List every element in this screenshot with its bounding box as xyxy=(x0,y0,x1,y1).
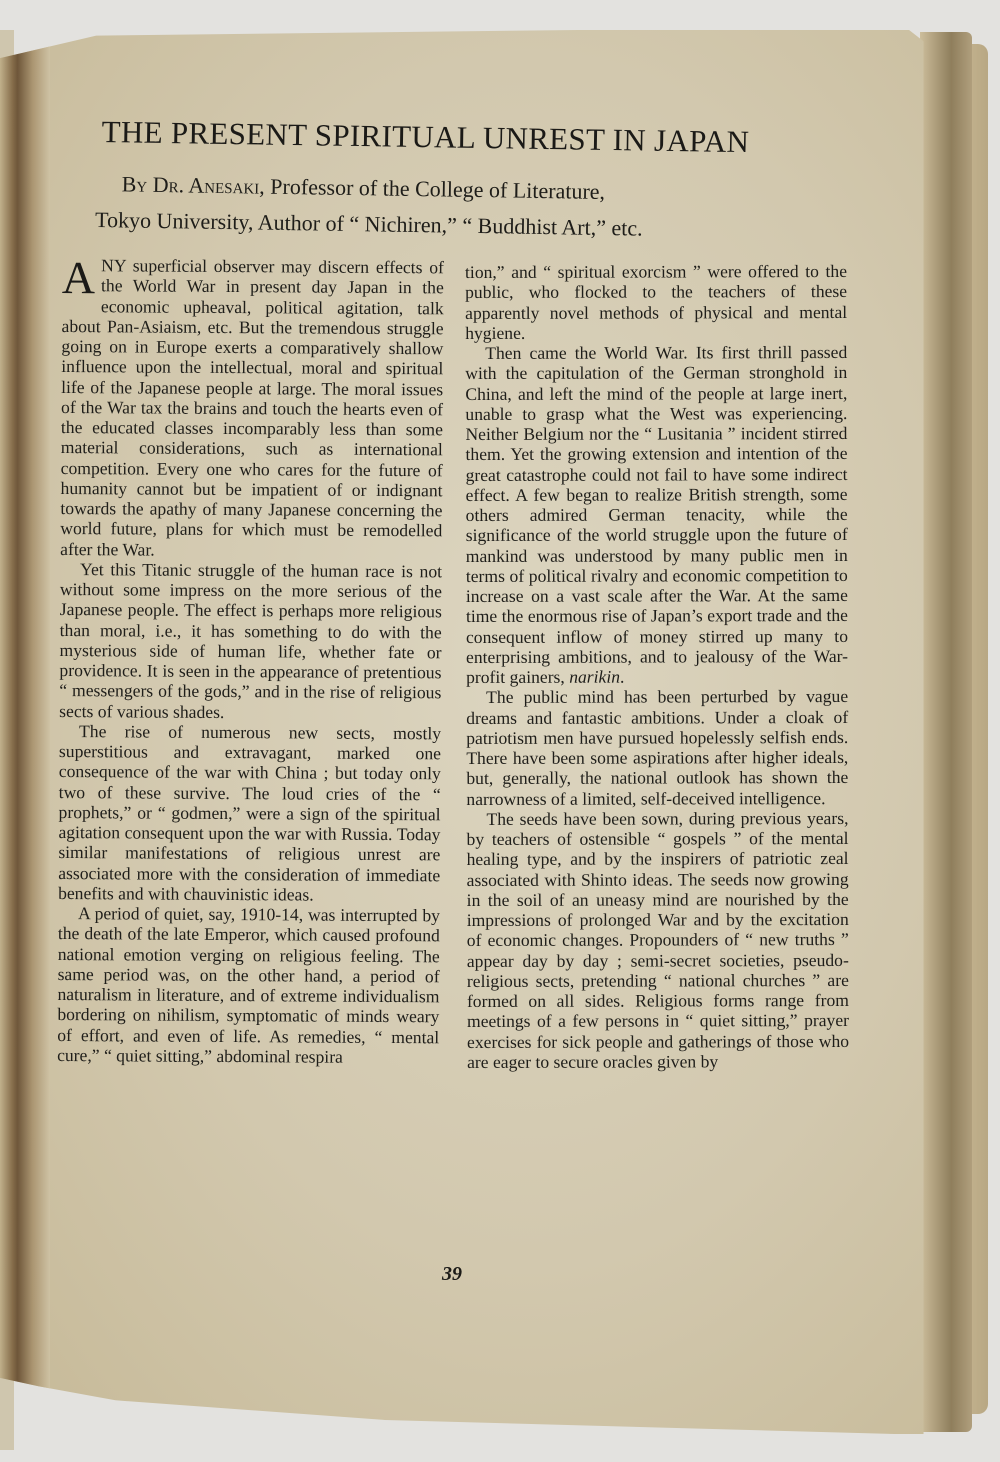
paragraph-2: Yet this Titanic struggle of the human r… xyxy=(59,559,442,723)
paragraph-4: A period of quiet, say, 1910-14, was int… xyxy=(57,903,440,1067)
paragraph-6-text: Then came the World War. Its first thril… xyxy=(465,342,848,687)
paragraph-1: ANY superficial observer may discern eff… xyxy=(60,255,444,561)
article-byline: By Dr. Anesaki, Professor of the College… xyxy=(95,166,816,249)
byline-author: Dr. Anesaki xyxy=(153,172,260,199)
paragraph-6: Then came the World War. Its first thril… xyxy=(465,342,848,687)
byline-affiliation: , Professor of the College of Literature… xyxy=(259,174,605,204)
paragraph-7: The public mind has been perturbed by va… xyxy=(466,686,848,808)
right-column: tion,” and “ spiritual exorcism ” were o… xyxy=(465,261,849,1072)
paragraph-8: The seeds have been sown, during previ­o… xyxy=(466,808,849,1072)
italic-term-suffix: . xyxy=(620,667,624,687)
byline-by: By xyxy=(122,171,148,196)
paragraph-5: tion,” and “ spiritual exorcism ” were o… xyxy=(465,261,847,343)
paragraph-1-text: NY superficial observer may discern effe… xyxy=(60,255,444,559)
page-number: 39 xyxy=(442,1263,462,1286)
italic-term: narikin xyxy=(569,667,620,687)
left-column: ANY superficial observer may discern eff… xyxy=(57,255,444,1067)
drop-cap: A xyxy=(62,259,95,297)
paragraph-3: The rise of numerous new sects, mostly s… xyxy=(58,721,441,906)
binding-gutter-shadow xyxy=(0,30,50,1434)
page-stack-edge xyxy=(920,32,972,1432)
